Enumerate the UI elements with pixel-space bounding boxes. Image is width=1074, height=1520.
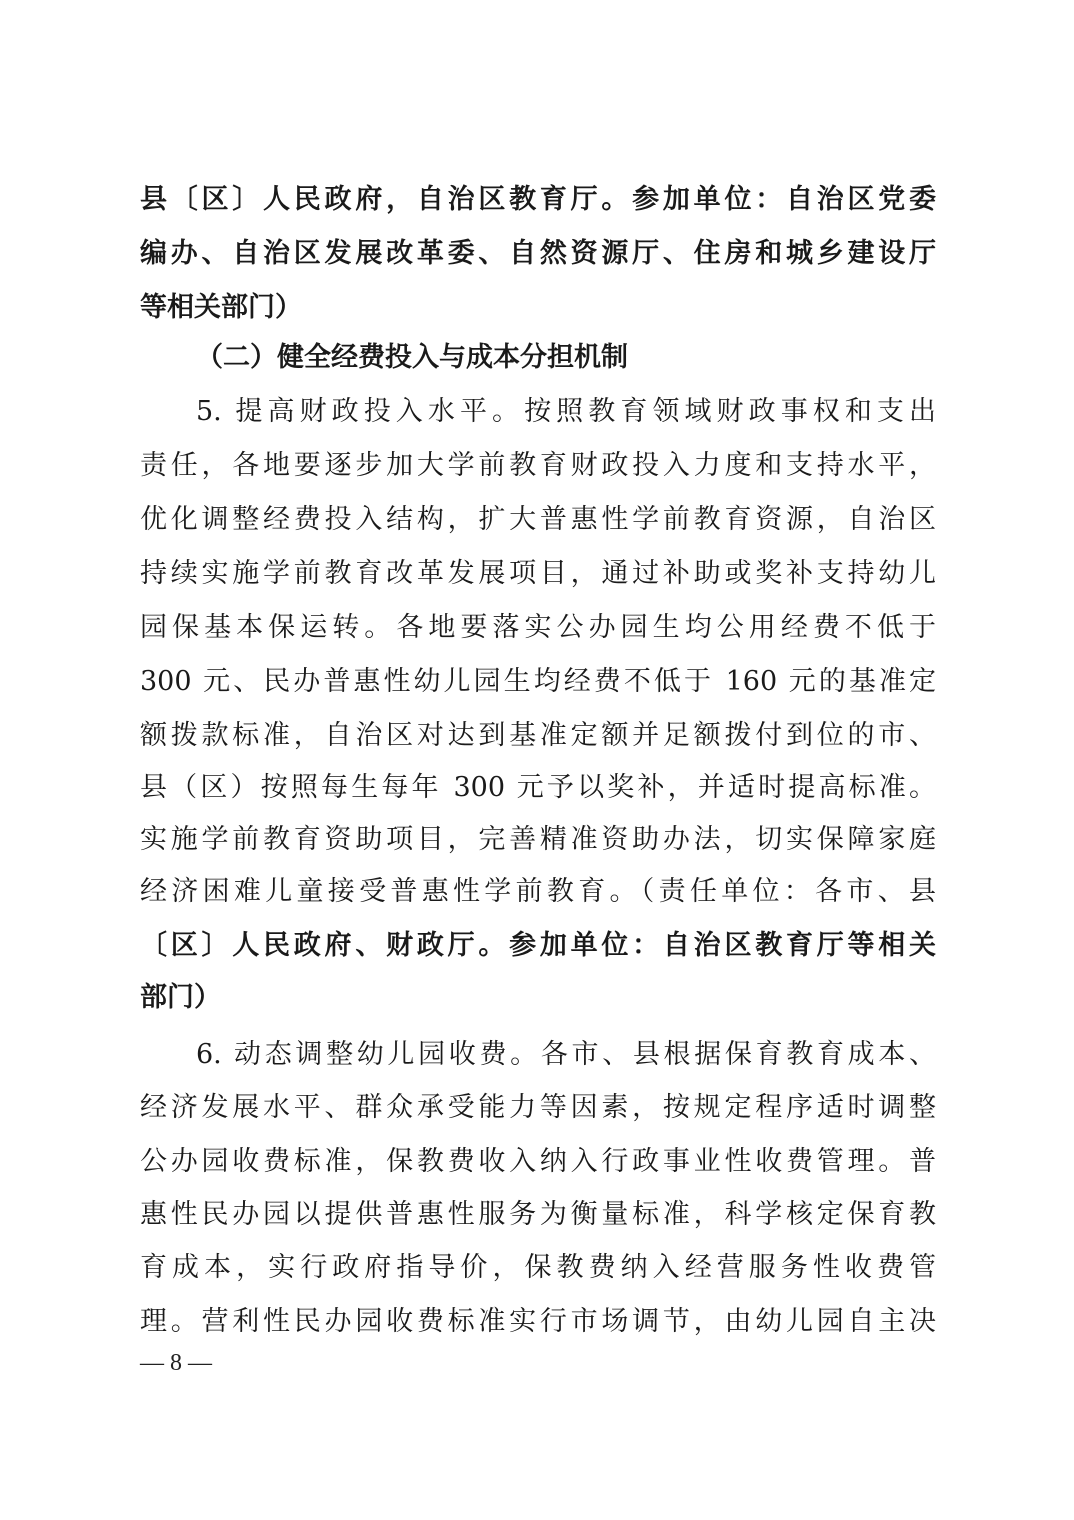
text-line: 编办、自治区发展改革委、自然资源厅、住房和城乡建设厅 [140,234,936,274]
paragraph-item-5-start: 5. 提高财政投入水平。按照教育领域财政事权和支出 [196,392,936,432]
text-line: 持续实施学前教育改革发展项目，通过补助或奖补支持幼儿 [140,554,936,594]
section-heading: （二）健全经费投入与成本分担机制 [196,338,936,378]
text-line: 额拨款标准，自治区对达到基准定额并足额拨付到位的市、 [140,716,936,756]
text-line: 园保基本保运转。各地要落实公办园生均公用经费不低于 [140,608,936,648]
page-number: — 8 — [140,1345,212,1381]
text-line: 县〔区〕人民政府，自治区教育厅。参加单位：自治区党委 [140,180,936,220]
text-line: 经济困难儿童接受普惠性学前教育。（责任单位：各市、县 [140,872,936,912]
text-line: 公办园收费标准，保教费收入纳入行政事业性收费管理。普 [140,1142,936,1182]
text-line: 育成本，实行政府指导价，保教费纳入经营服务性收费管 [140,1248,936,1288]
text-line: 县（区）按照每生每年 300 元予以奖补，并适时提高标准。 [140,768,936,808]
text-line: 300 元、民办普惠性幼儿园生均经费不低于 160 元的基准定 [140,662,936,702]
text-line: 等相关部门） [140,288,936,328]
text-line: 经济发展水平、群众承受能力等因素，按规定程序适时调整 [140,1088,936,1128]
paragraph-item-6-start: 6. 动态调整幼儿园收费。各市、县根据保育教育成本、 [196,1035,936,1075]
text-line: 优化调整经费投入结构，扩大普惠性学前教育资源，自治区 [140,500,936,540]
text-line: 理。营利性民办园收费标准实行市场调节，由幼儿园自主决 [140,1302,936,1342]
text-line: 实施学前教育资助项目，完善精准资助办法，切实保障家庭 [140,820,936,860]
text-line: 惠性民办园以提供普惠性服务为衡量标准，科学核定保育教 [140,1195,936,1235]
text-line: 部门） [140,978,936,1018]
text-line: 责任，各地要逐步加大学前教育财政投入力度和支持水平， [140,446,936,486]
text-line: 〔区〕人民政府、财政厅。参加单位：自治区教育厅等相关 [140,926,936,966]
document-page: 县〔区〕人民政府，自治区教育厅。参加单位：自治区党委 编办、自治区发展改革委、自… [0,0,1074,1520]
